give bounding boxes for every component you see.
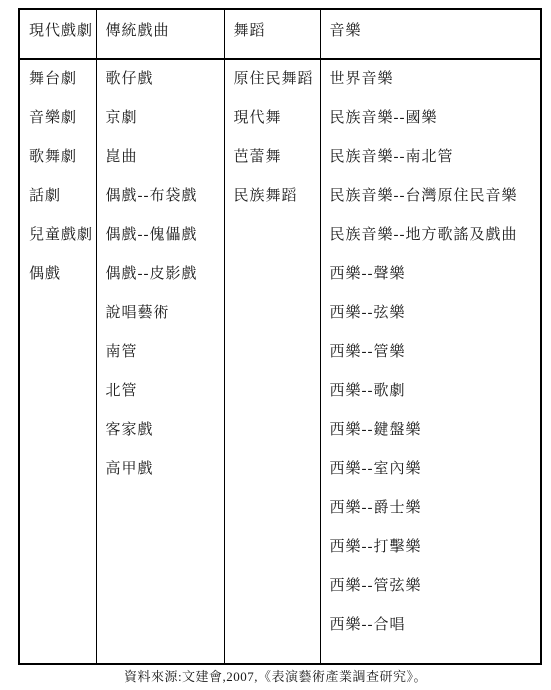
column-header-2: 舞蹈	[224, 9, 320, 59]
column-header-0: 現代戲劇	[19, 9, 96, 59]
category-item: 民族音樂--國樂	[330, 99, 541, 138]
performing-arts-category-table: 現代戲劇傳統戲曲舞蹈音樂 舞台劇音樂劇歌舞劇話劇兒童戲劇偶戲歌仔戲京劇崑曲偶戲-…	[18, 8, 542, 665]
category-item: 民族舞蹈	[234, 177, 320, 216]
column-cell-2: 原住民舞蹈現代舞芭蕾舞民族舞蹈	[224, 59, 320, 664]
document-page: 現代戲劇傳統戲曲舞蹈音樂 舞台劇音樂劇歌舞劇話劇兒童戲劇偶戲歌仔戲京劇崑曲偶戲-…	[0, 0, 551, 690]
category-item: 民族音樂--台灣原住民音樂	[330, 177, 541, 216]
category-item: 高甲戲	[106, 450, 224, 489]
category-item: 西樂--室內樂	[330, 450, 541, 489]
category-item: 京劇	[106, 99, 224, 138]
category-item: 客家戲	[106, 411, 224, 450]
category-item: 偶戲--皮影戲	[106, 255, 224, 294]
category-item: 偶戲	[29, 255, 96, 294]
category-item: 西樂--鍵盤樂	[330, 411, 541, 450]
category-item: 偶戲--傀儡戲	[106, 216, 224, 255]
category-item: 芭蕾舞	[234, 138, 320, 177]
source-note: 資料來源:文建會,2007,《表演藝術產業調查研究》。	[0, 666, 551, 685]
column-header-1: 傳統戲曲	[96, 9, 224, 59]
category-item: 西樂--管樂	[330, 333, 541, 372]
category-item: 歌仔戲	[106, 60, 224, 99]
category-item: 北管	[106, 372, 224, 411]
category-item: 話劇	[29, 177, 96, 216]
category-item: 音樂劇	[29, 99, 96, 138]
table-body-row: 舞台劇音樂劇歌舞劇話劇兒童戲劇偶戲歌仔戲京劇崑曲偶戲--布袋戲偶戲--傀儡戲偶戲…	[19, 59, 541, 664]
column-cell-1: 歌仔戲京劇崑曲偶戲--布袋戲偶戲--傀儡戲偶戲--皮影戲說唱藝術南管北管客家戲高…	[96, 59, 224, 664]
category-item: 崑曲	[106, 138, 224, 177]
category-item: 兒童戲劇	[29, 216, 96, 255]
category-item: 原住民舞蹈	[234, 60, 320, 99]
table-header-row: 現代戲劇傳統戲曲舞蹈音樂	[19, 9, 541, 59]
category-item: 世界音樂	[330, 60, 541, 99]
category-item: 西樂--打擊樂	[330, 528, 541, 567]
category-item: 西樂--弦樂	[330, 294, 541, 333]
column-header-3: 音樂	[320, 9, 541, 59]
category-item: 歌舞劇	[29, 138, 96, 177]
category-item: 說唱藝術	[106, 294, 224, 333]
category-item: 西樂--歌劇	[330, 372, 541, 411]
category-item: 民族音樂--地方歌謠及戲曲	[330, 216, 541, 255]
category-item: 西樂--聲樂	[330, 255, 541, 294]
column-cell-3: 世界音樂民族音樂--國樂民族音樂--南北管民族音樂--台灣原住民音樂民族音樂--…	[320, 59, 541, 664]
category-item: 西樂--管弦樂	[330, 567, 541, 606]
category-item: 舞台劇	[29, 60, 96, 99]
category-item: 民族音樂--南北管	[330, 138, 541, 177]
category-item: 西樂--爵士樂	[330, 489, 541, 528]
category-item: 南管	[106, 333, 224, 372]
category-item: 偶戲--布袋戲	[106, 177, 224, 216]
category-item: 西樂--合唱	[330, 606, 541, 645]
category-item: 現代舞	[234, 99, 320, 138]
column-cell-0: 舞台劇音樂劇歌舞劇話劇兒童戲劇偶戲	[19, 59, 96, 664]
